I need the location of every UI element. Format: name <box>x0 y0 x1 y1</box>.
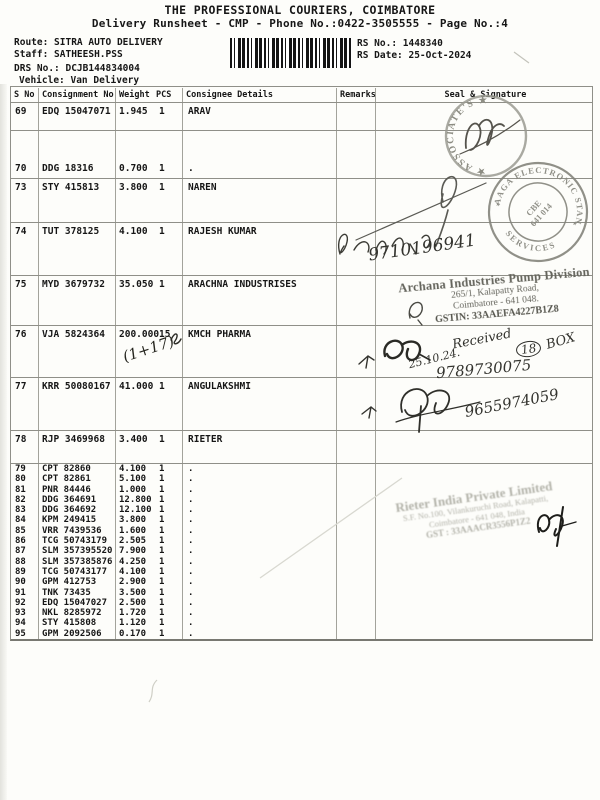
cell-consignment: VRR 7439536 <box>39 526 116 536</box>
cell-s-no: 80 <box>11 474 39 484</box>
cell-s-no: 93 <box>11 608 39 618</box>
vehicle-line: Vehicle: Van Delivery <box>19 75 139 86</box>
cell-pcs: 1 <box>153 495 183 505</box>
barcode <box>230 38 352 68</box>
cell-weight: 3.500 <box>116 588 153 598</box>
cell-s-no: 89 <box>11 567 39 577</box>
cell-pcs: 1 <box>153 474 183 484</box>
page-title: THE PROFESSIONAL COURIERS, COIMBATORE <box>0 3 600 17</box>
cell-weight: 1.600 <box>116 526 153 536</box>
cell-consignee: NAREN <box>183 179 337 222</box>
cell-s-no: 94 <box>11 618 39 628</box>
cell-s-no: 88 <box>11 557 39 567</box>
cell-pcs: 1 <box>153 598 183 608</box>
table-row: 78 RJP 3469968 3.400 1 RIETER <box>11 431 592 464</box>
scan-edge <box>0 84 7 800</box>
cell-pcs: 1 <box>153 464 183 474</box>
cell-s-no: 82 <box>11 495 39 505</box>
table-row: 93 NKL 8285972 1.720 1 . <box>11 608 592 618</box>
cell-consignee: . <box>183 598 337 608</box>
cell-consignee: . <box>183 608 337 618</box>
cell-consignment: TCG 50743179 <box>39 536 116 546</box>
cell-remarks <box>337 276 376 325</box>
cell-remarks <box>337 608 376 618</box>
cell-s-no: 92 <box>11 598 39 608</box>
cell-weight: 2.505 <box>116 536 153 546</box>
cell-consignment: SLM 357385876 <box>39 557 116 567</box>
cell-pcs: 1 <box>153 567 183 577</box>
cell-s-no: 91 <box>11 588 39 598</box>
cell-s-no: 77 <box>11 378 39 430</box>
header-remarks: Remarks <box>337 88 376 102</box>
cell-s-no: 87 <box>11 546 39 556</box>
signature-scribble <box>530 502 580 550</box>
cell-pcs: 1 <box>153 485 183 495</box>
electronic-services-round-stamp: NAAGA ELECTRONIC STAND SERVICES ★ ★ CBE … <box>482 156 594 268</box>
cell-s-no: 75 <box>11 276 39 325</box>
cell-remarks <box>337 588 376 598</box>
cell-weight: 3.400 <box>116 431 153 463</box>
cell-pcs: 1 <box>153 629 183 639</box>
signature-scribble <box>460 120 520 154</box>
cell-consignee: ARAV <box>183 103 337 130</box>
cell-consignment: GPM 412753 <box>39 577 116 587</box>
cell-weight: 4.100 <box>116 223 153 275</box>
cell-pcs: 1 <box>153 223 183 275</box>
cell-consignment: EDQ 15047027 <box>39 598 116 608</box>
cell-consignment: EDQ 15047071 <box>39 103 116 130</box>
cell-s-no: 90 <box>11 577 39 587</box>
cell-consignee: ARACHNA INDUSTRISES <box>183 276 337 325</box>
cell-weight: 1.720 <box>116 608 153 618</box>
cell-consignment: TUT 378125 <box>39 223 116 275</box>
cell-consignee: . <box>183 618 337 628</box>
cell-pcs: 1 <box>153 526 183 536</box>
cell-consignment: TCG 50743177 <box>39 567 116 577</box>
cell-weight: 2.900 <box>116 577 153 587</box>
row-value: . <box>188 163 336 174</box>
cell-consignment: GPM 2092506 <box>39 629 116 639</box>
cell-weight: 3.800 <box>116 515 153 525</box>
cell-consignment: TNK 73435 <box>39 588 116 598</box>
table-row: 95 GPM 2092506 0.170 1 . <box>11 629 592 639</box>
cell-s-no: 79 <box>11 464 39 474</box>
cell-consignee: . . . No.Of Docs: 4 <box>183 131 337 178</box>
cell-consignment: CPT 82861 <box>39 474 116 484</box>
table-row: 92 EDQ 15047027 2.500 1 . <box>11 598 592 608</box>
tick-scribble <box>358 350 378 372</box>
table-row: 91 TNK 73435 3.500 1 . <box>11 588 592 598</box>
cell-consignment: KPM 249415 <box>39 515 116 525</box>
pcs-scribble <box>168 328 184 346</box>
cell-pcs: 1 <box>153 536 183 546</box>
rs-date-line: RS Date: 25-Oct-2024 <box>357 50 471 61</box>
cell-pcs: 1 <box>153 608 183 618</box>
cell-consignee: ANGULAKSHMI <box>183 378 337 430</box>
cell-pcs: 1 <box>153 505 183 515</box>
cell-weight: 4.100 <box>116 567 153 577</box>
cell-weight: 12.800 <box>116 495 153 505</box>
cell-remarks <box>337 618 376 628</box>
cell-pcs: 1 <box>153 431 183 463</box>
cell-consignment: MYD 3679732 <box>39 276 116 325</box>
row-value: 1 <box>159 163 182 174</box>
cell-weight: 2.500 <box>116 598 153 608</box>
cell-weight: 1.945 <box>116 103 153 130</box>
cell-pcs: 1 <box>153 378 183 430</box>
route-line: Route: SITRA AUTO DELIVERY <box>14 37 163 48</box>
stamp-arc-bottom-text: SERVICES <box>501 227 560 259</box>
cell-remarks <box>337 629 376 639</box>
drs-no-line: DRS No.: DCJB144834004 <box>14 63 140 74</box>
cell-pcs: 1 <box>153 618 183 628</box>
scan-crease-line <box>250 470 410 582</box>
row-value: 0.700 <box>119 163 153 174</box>
header-pcs: PCS <box>153 88 183 102</box>
cell-weight: 35.050 <box>116 276 153 325</box>
cell-consignment: RJP 3469968 <box>39 431 116 463</box>
cell-weight: 1.000 <box>116 485 153 495</box>
cell-consignment: CPT 82860 <box>39 464 116 474</box>
cell-consignment: DDG 364692 <box>39 505 116 515</box>
cell-weight: 0.700 4.000 4.700 <box>116 131 153 178</box>
cell-s-no: 85 <box>11 526 39 536</box>
cell-consignment: STY 415808 <box>39 618 116 628</box>
cell-consignment: NKL 8285972 <box>39 608 116 618</box>
tick-scribble <box>360 402 380 422</box>
cell-s-no: 81 <box>11 485 39 495</box>
row-value: DDG 18316 <box>42 163 115 174</box>
cell-s-no: 70 71 72 <box>11 131 39 178</box>
cell-seal <box>376 598 592 608</box>
cell-s-no: 78 <box>11 431 39 463</box>
cell-remarks <box>337 103 376 130</box>
cell-s-no: 76 <box>11 326 39 377</box>
cell-consignee: . <box>183 629 337 639</box>
cell-weight: 5.100 <box>116 474 153 484</box>
signature-scribble <box>404 296 434 326</box>
cell-consignee: RAJESH KUMAR <box>183 223 337 275</box>
cell-pcs: 1 1 3 <box>153 131 183 178</box>
cell-weight: 12.100 <box>116 505 153 515</box>
cell-pcs: 1 <box>153 588 183 598</box>
cell-weight: 4.250 <box>116 557 153 567</box>
cell-remarks <box>337 431 376 463</box>
cell-s-no: 73 <box>11 179 39 222</box>
cell-consignment: SLM 357395520 <box>39 546 116 556</box>
cell-pcs: 1 <box>153 515 183 525</box>
cell-weight: 0.170 <box>116 629 153 639</box>
table-row: 94 STY 415808 1.120 1 . <box>11 618 592 628</box>
svg-text:SERVICES: SERVICES <box>501 227 560 259</box>
cell-s-no: 84 <box>11 515 39 525</box>
cell-weight: 1.120 <box>116 618 153 628</box>
cell-pcs: 1 <box>153 546 183 556</box>
cell-s-no: 69 <box>11 103 39 130</box>
cell-consignment: KRR 50080167 <box>39 378 116 430</box>
scan-mark <box>146 678 160 704</box>
cell-consignee: . <box>183 588 337 598</box>
cell-consignee: KMCH PHARMA <box>183 326 337 377</box>
cell-seal <box>376 608 592 618</box>
cell-weight: 7.900 <box>116 546 153 556</box>
header-consignee-details: Consignee Details <box>183 88 337 102</box>
cell-pcs: 1 <box>153 557 183 567</box>
staff-line: Staff: SATHEESH.PSS <box>14 49 123 60</box>
cell-s-no: 83 <box>11 505 39 515</box>
page-subtitle: Delivery Runsheet - CMP - Phone No.:0422… <box>0 17 600 30</box>
rs-no-line: RS No.: 1448340 <box>357 38 443 49</box>
header-s-no: S No <box>11 88 39 102</box>
header-weight: Weight <box>116 88 153 102</box>
cell-s-no: 95 <box>11 629 39 639</box>
cell-seal <box>376 588 592 598</box>
cell-weight: 3.800 <box>116 179 153 222</box>
cell-weight: 41.000 <box>116 378 153 430</box>
cell-remarks <box>337 598 376 608</box>
scan-mark <box>512 50 532 66</box>
cell-pcs: 1 <box>153 103 183 130</box>
cell-pcs: 1 <box>153 577 183 587</box>
cell-consignment: DDG 364691 <box>39 495 116 505</box>
cell-pcs: 1 <box>153 276 183 325</box>
cell-s-no: 86 <box>11 536 39 546</box>
cell-consignment: VJA 5824364 <box>39 326 116 377</box>
cell-consignee: RIETER <box>183 431 337 463</box>
cell-consignment: PNR 84446 <box>39 485 116 495</box>
cell-consignment: DDG 18316 UPT 4077393 CGL 20009056 <box>39 131 116 178</box>
cell-s-no: 74 <box>11 223 39 275</box>
cell-consignment: STY 415813 <box>39 179 116 222</box>
cell-seal <box>376 629 592 639</box>
runsheet-document: THE PROFESSIONAL COURIERS, COIMBATORE De… <box>0 0 600 800</box>
header-consignment-no: Consignment No <box>39 88 116 102</box>
cell-weight: 4.100 <box>116 464 153 474</box>
cell-seal <box>376 618 592 628</box>
row-value: 70 <box>15 163 38 174</box>
cell-pcs: 1 <box>153 179 183 222</box>
